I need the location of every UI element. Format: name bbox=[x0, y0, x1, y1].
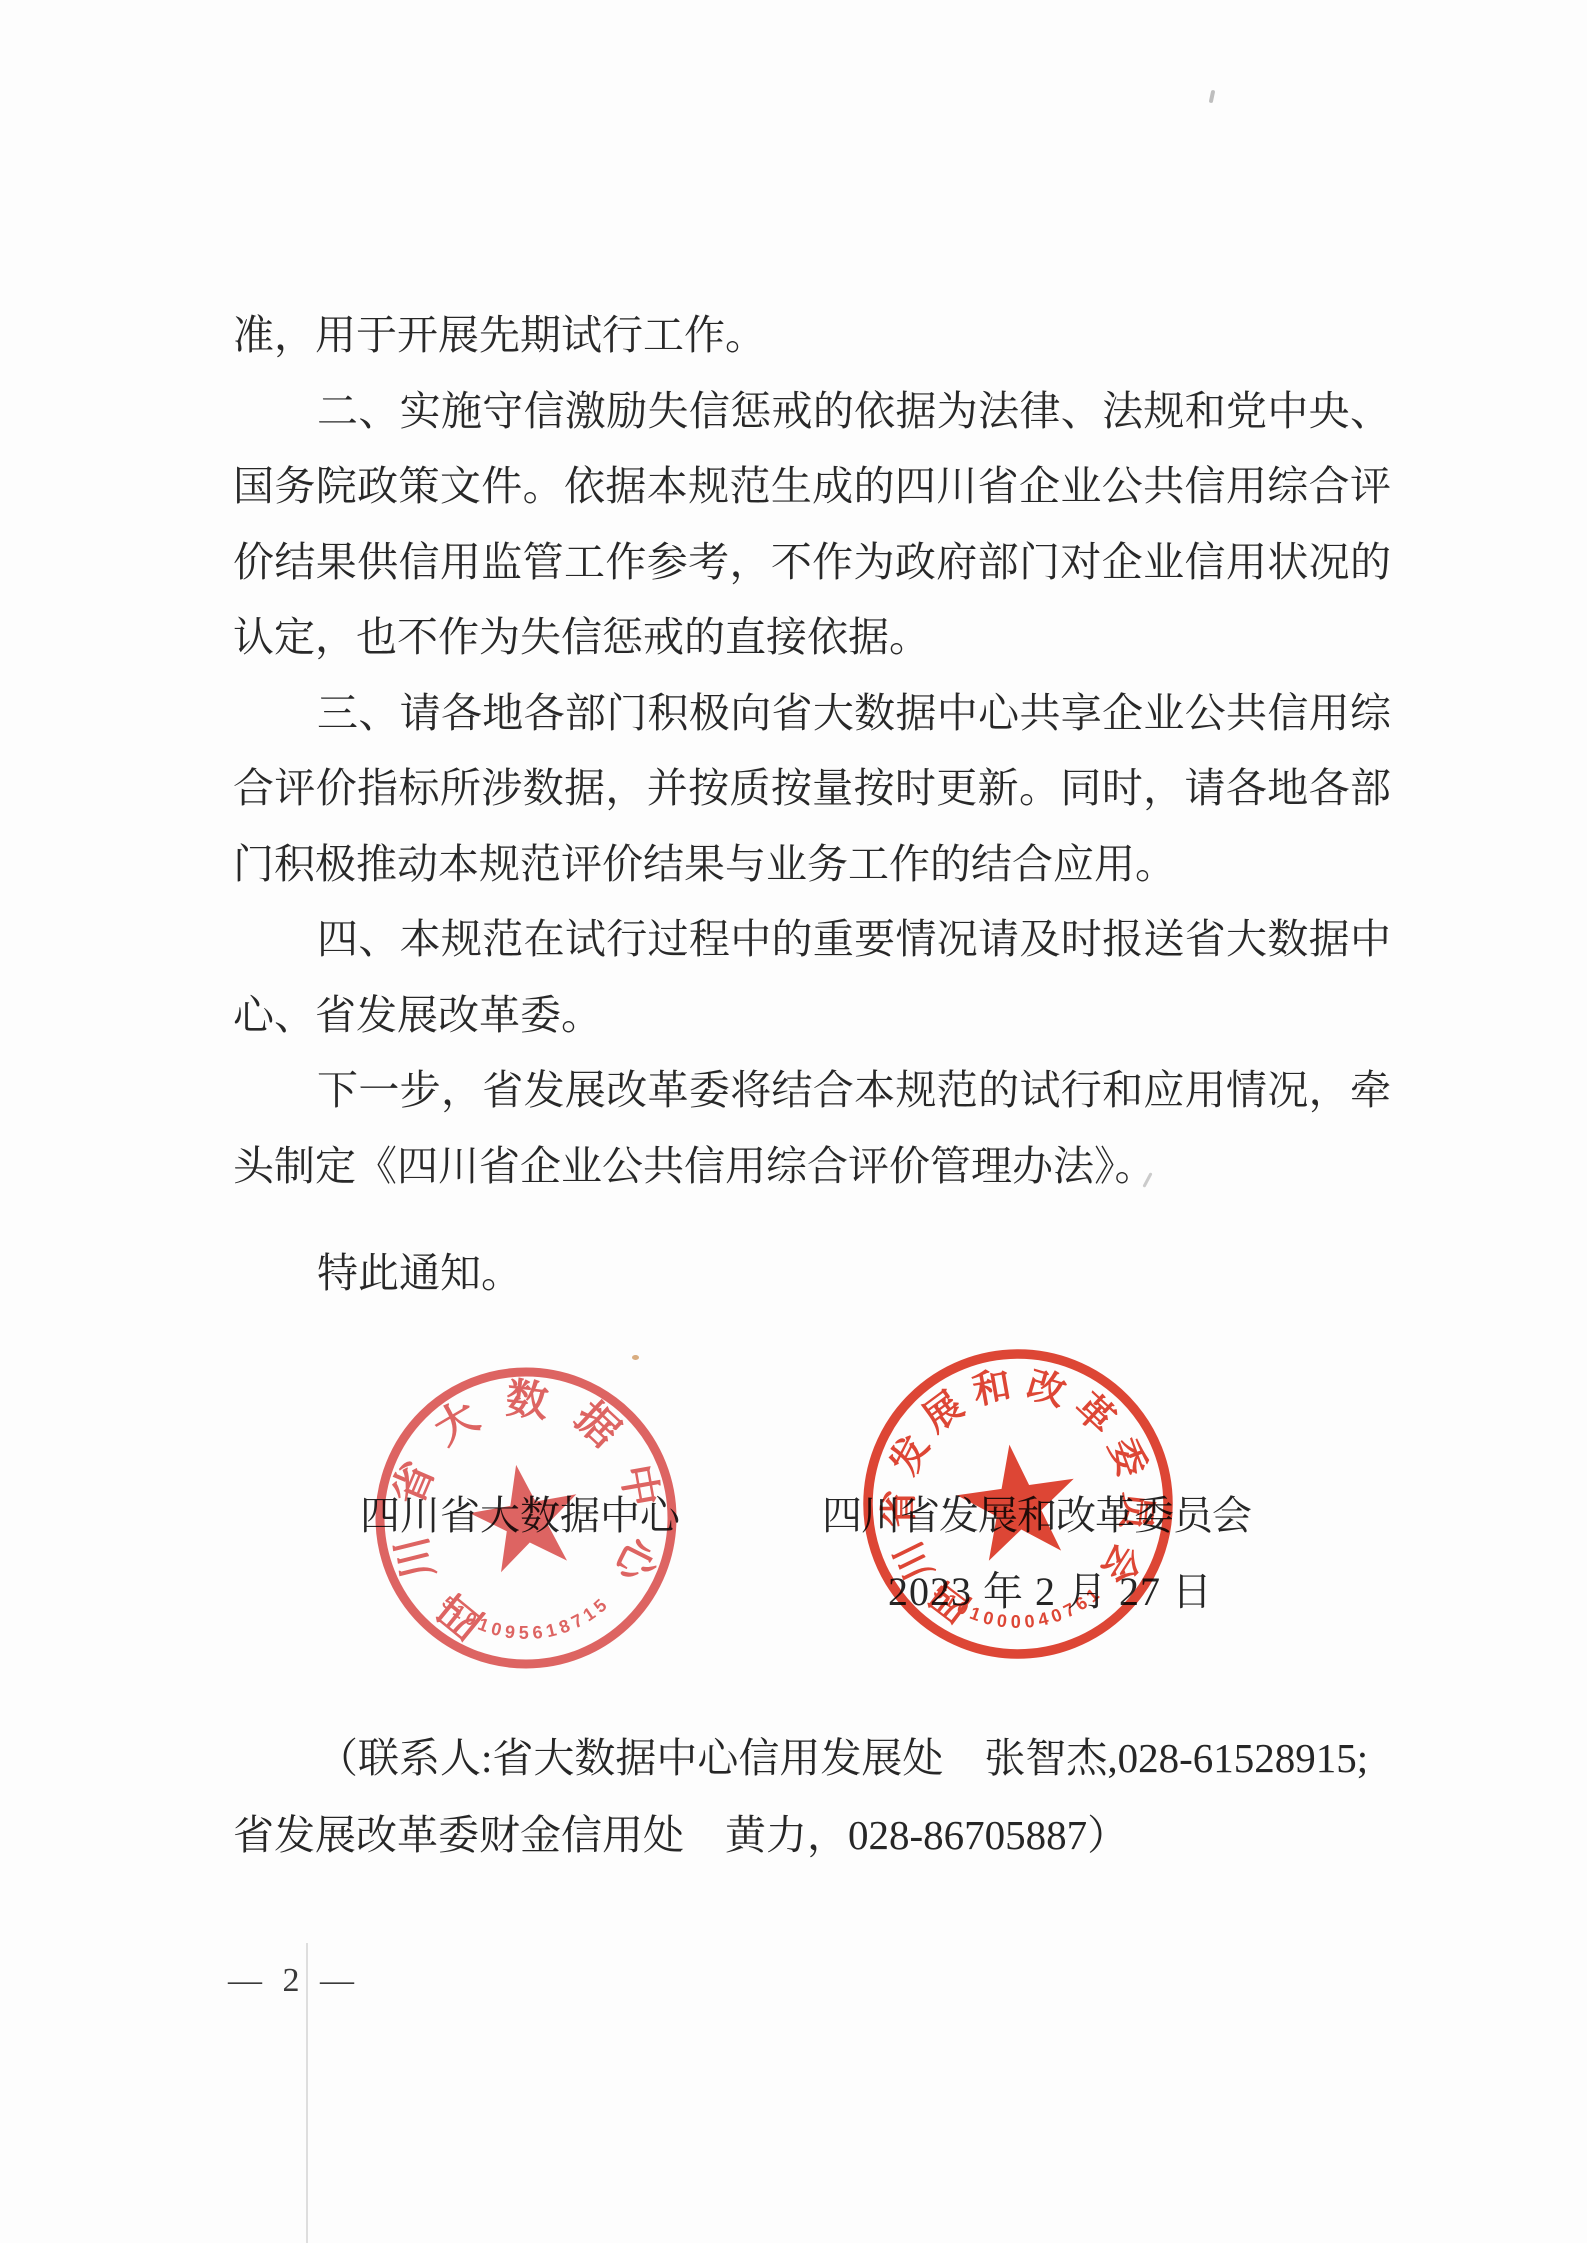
body-line: 下一步，省发展改革委将结合本规范的试行和应用情况，牵 bbox=[233, 1053, 1391, 1129]
star-icon bbox=[463, 1455, 588, 1575]
notice-body: 准，用于开展先期试行工作。 二、实施守信激励失信惩戒的依据为法律、法规和党中央、… bbox=[233, 298, 1391, 1312]
closing-line: 特此通知。 bbox=[233, 1236, 1391, 1312]
body-line: 价结果供信用监管工作参考，不作为政府部门对企业信用状况的 bbox=[233, 525, 1391, 601]
contact-line: （联系人:省大数据中心信用发展处 张智杰,028-61528915; bbox=[233, 1720, 1403, 1797]
page-number: — 2 — bbox=[228, 1962, 360, 2000]
official-seal-left: 四川省大数据中心 5101095618715 bbox=[371, 1363, 681, 1673]
body-line: 合评价指标所涉数据，并按质按量按时更新。同时，请各地各部 bbox=[233, 751, 1391, 827]
contact-line: 省发展改革委财金信用处 黄力，028-86705887） bbox=[233, 1797, 1403, 1874]
official-seal-right: 四川省发展和改革委员会 5101000040761 bbox=[858, 1344, 1178, 1664]
body-line: 准，用于开展先期试行工作。 bbox=[233, 298, 1391, 374]
body-line: 四、本规范在试行过程中的重要情况请及时报送省大数据中 bbox=[233, 902, 1391, 978]
scan-speck bbox=[1209, 90, 1216, 104]
body-line: 心、省发展改革委。 bbox=[233, 978, 1391, 1054]
body-line: 二、实施守信激励失信惩戒的依据为法律、法规和党中央、 bbox=[233, 374, 1391, 450]
star-icon bbox=[951, 1436, 1083, 1564]
body-line: 三、请各地各部门积极向省大数据中心共享企业公共信用综 bbox=[233, 676, 1391, 752]
body-line: 认定，也不作为失信惩戒的直接依据。 bbox=[233, 600, 1391, 676]
body-line: 国务院政策文件。依据本规范生成的四川省企业公共信用综合评 bbox=[233, 449, 1391, 525]
body-line: 门积极推动本规范评价结果与业务工作的结合应用。 bbox=[233, 827, 1391, 903]
body-line: 头制定《四川省企业公共信用综合评价管理办法》。 bbox=[233, 1129, 1391, 1205]
scan-speck bbox=[632, 1355, 639, 1360]
document-page: 准，用于开展先期试行工作。 二、实施守信激励失信惩戒的依据为法律、法规和党中央、… bbox=[0, 0, 1587, 2243]
contact-info: （联系人:省大数据中心信用发展处 张智杰,028-61528915; 省发展改革… bbox=[233, 1720, 1403, 1874]
